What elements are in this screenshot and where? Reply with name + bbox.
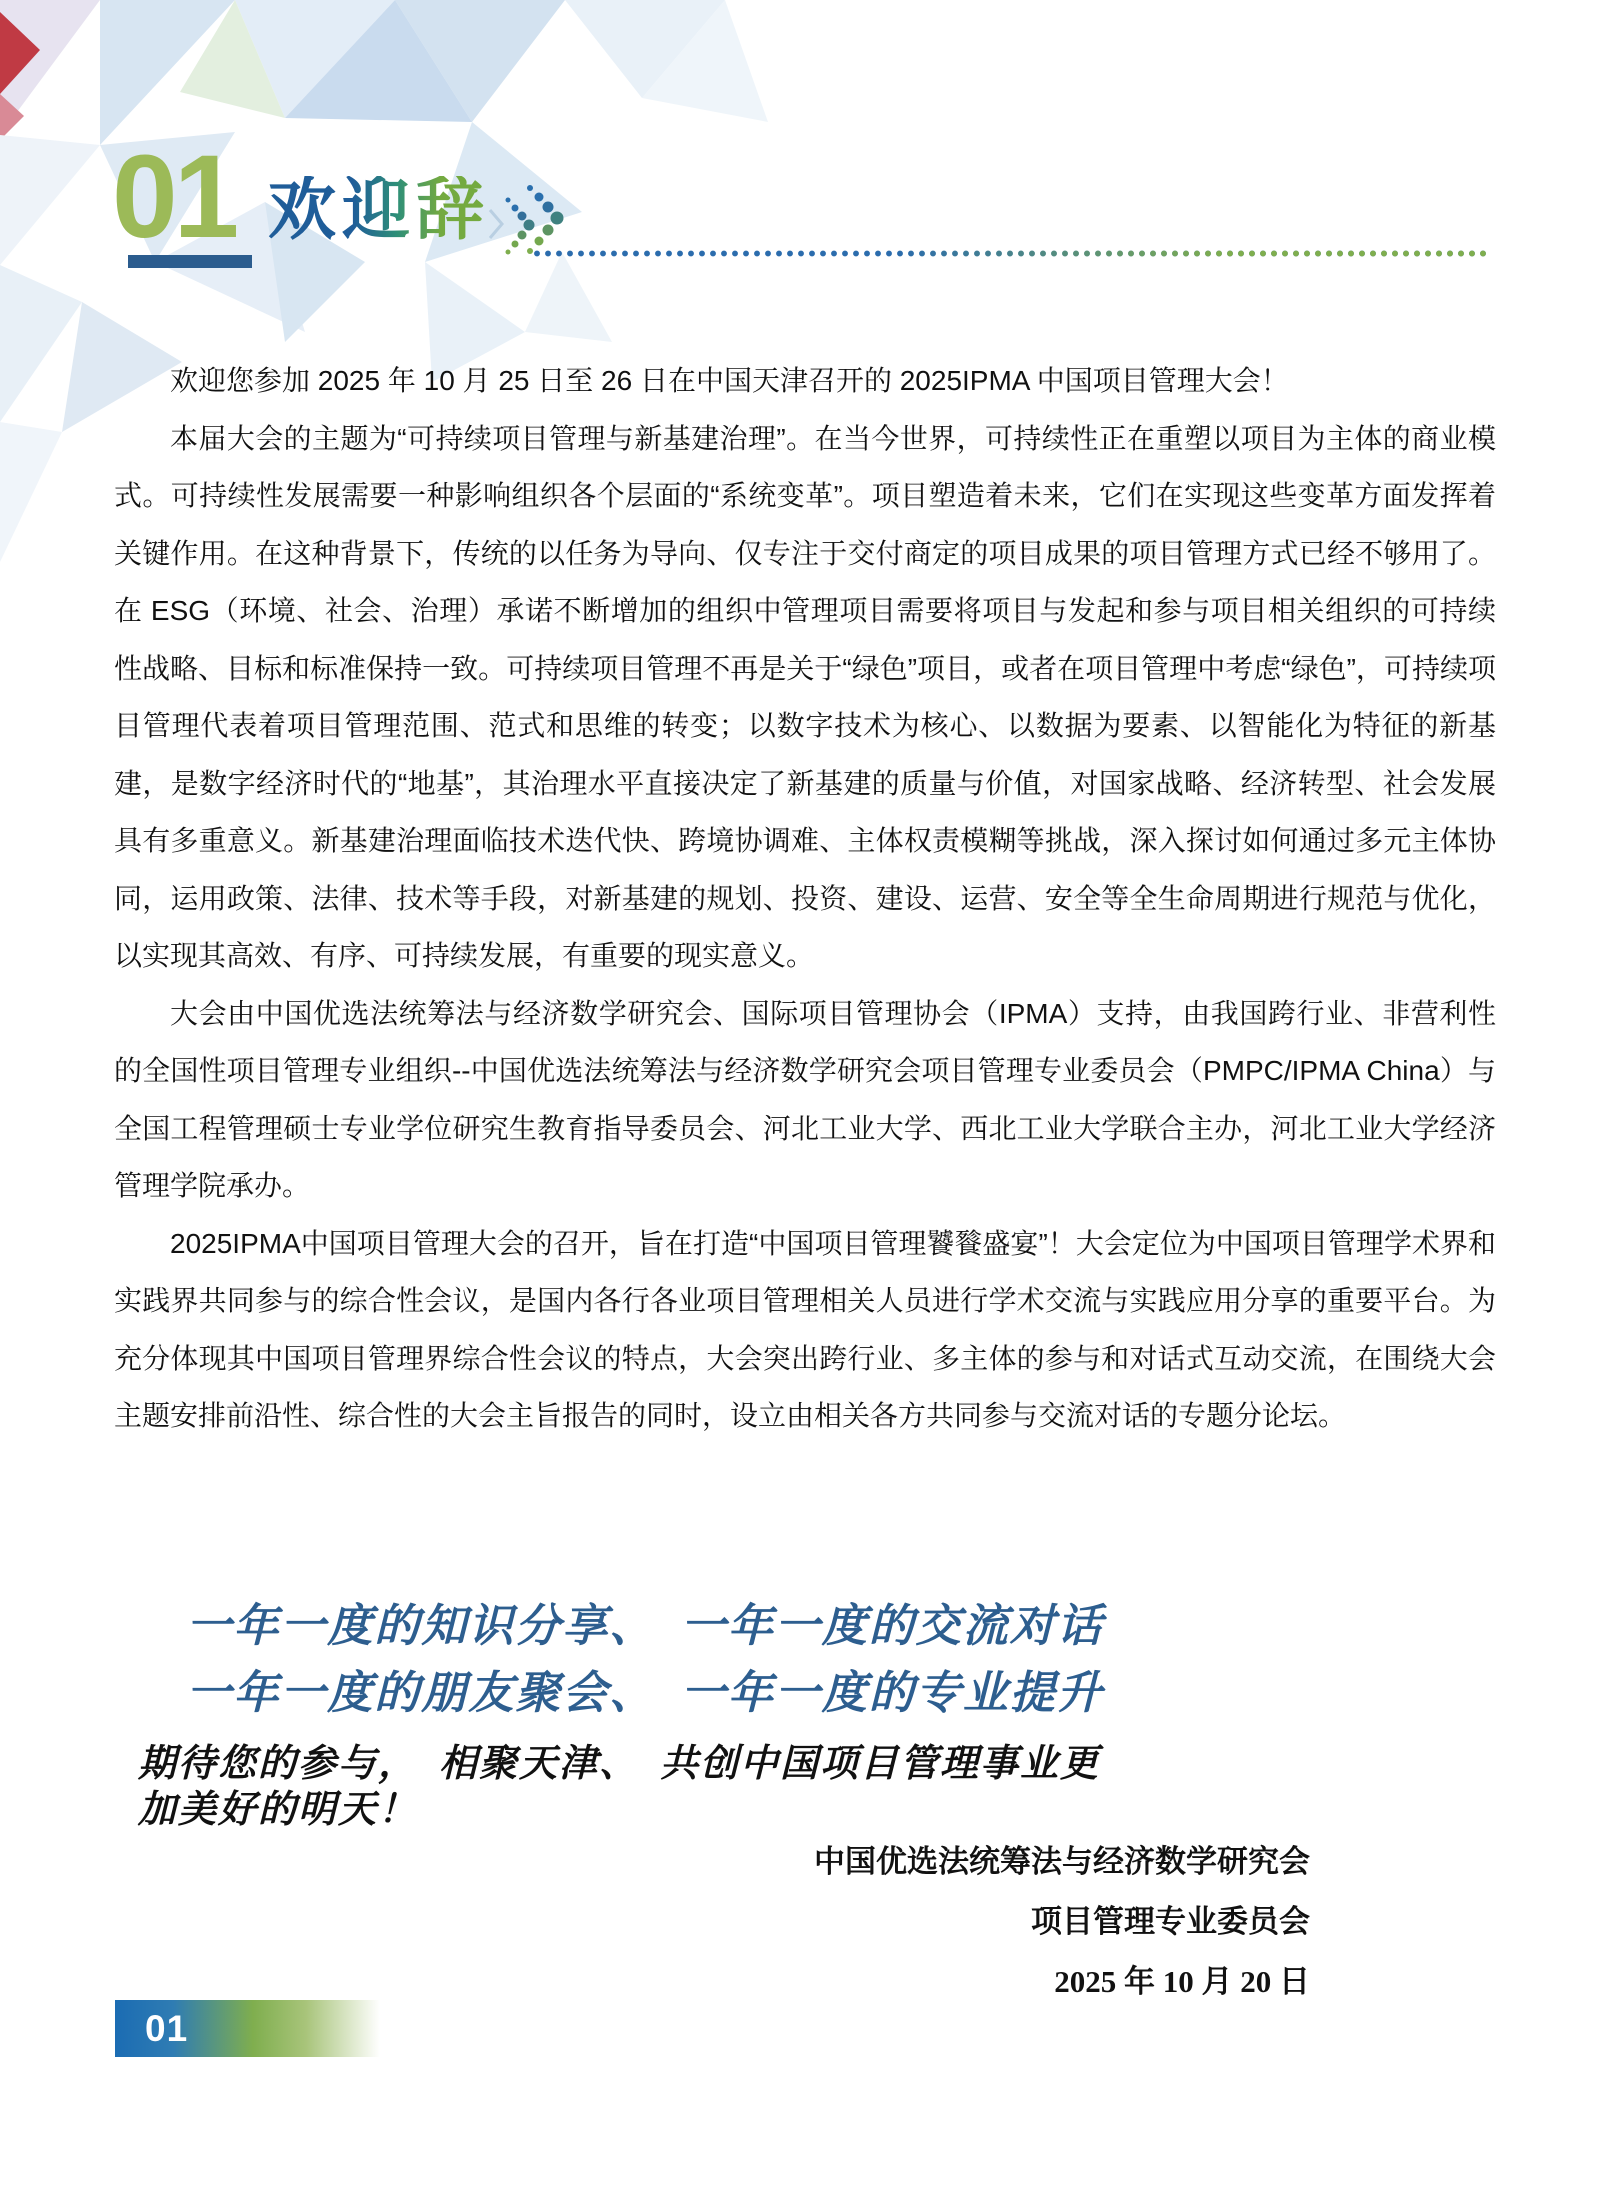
- section-title: 欢迎辞: [268, 176, 490, 244]
- slogan-lines-blue: 一年一度的知识分享、 一年一度的交流对话 一年一度的朋友聚会、 一年一度的专业提…: [114, 1592, 1176, 1726]
- dotted-rule-green-layer: [533, 249, 1491, 258]
- paragraph-theme: 本届大会的主题为“可持续项目管理与新基建治理”。在当今世界，可持续性正在重塑以项…: [114, 410, 1496, 985]
- section-number: 01: [112, 138, 235, 256]
- slogan-line-3: 期待您的参与， 相聚天津、 共创中国项目管理事业更加美好的明天！: [138, 1740, 1138, 1831]
- welcome-letter-body: 欢迎您参加 2025 年 10 月 25 日至 26 日在中国天津召开的 202…: [114, 352, 1496, 1445]
- chevron-dots-icon: [486, 182, 566, 274]
- welcome-page: 01 欢迎辞 欢迎您参加 2025 年 10 月 25 日至 26 日在中国天津…: [0, 0, 1609, 2199]
- paragraph-organizers: 大会由中国优选法统筹法与经济数学研究会、国际项目管理协会（IPMA）支持，由我国…: [114, 985, 1496, 1215]
- page-number-badge: 01: [115, 2000, 380, 2057]
- slogan-line-1: 一年一度的知识分享、 一年一度的交流对话: [114, 1592, 1176, 1659]
- paragraph-intro: 欢迎您参加 2025 年 10 月 25 日至 26 日在中国天津召开的 202…: [114, 352, 1496, 410]
- slogan-line-2: 一年一度的朋友聚会、 一年一度的专业提升: [114, 1659, 1176, 1726]
- signature-org-line-2: 项目管理专业委员会: [814, 1892, 1310, 1952]
- signature-block: 中国优选法统筹法与经济数学研究会 项目管理专业委员会 2025 年 10 月 2…: [814, 1832, 1310, 2012]
- page-number: 01: [115, 2008, 188, 2050]
- signature-date: 2025 年 10 月 20 日: [814, 1952, 1310, 2012]
- dotted-rule: [533, 249, 1491, 258]
- paragraph-positioning: 2025IPMA中国项目管理大会的召开，旨在打造“中国项目管理饕餮盛宴”！大会定…: [114, 1215, 1496, 1445]
- section-number-underline: [128, 255, 252, 268]
- signature-org-line-1: 中国优选法统筹法与经济数学研究会: [814, 1832, 1310, 1892]
